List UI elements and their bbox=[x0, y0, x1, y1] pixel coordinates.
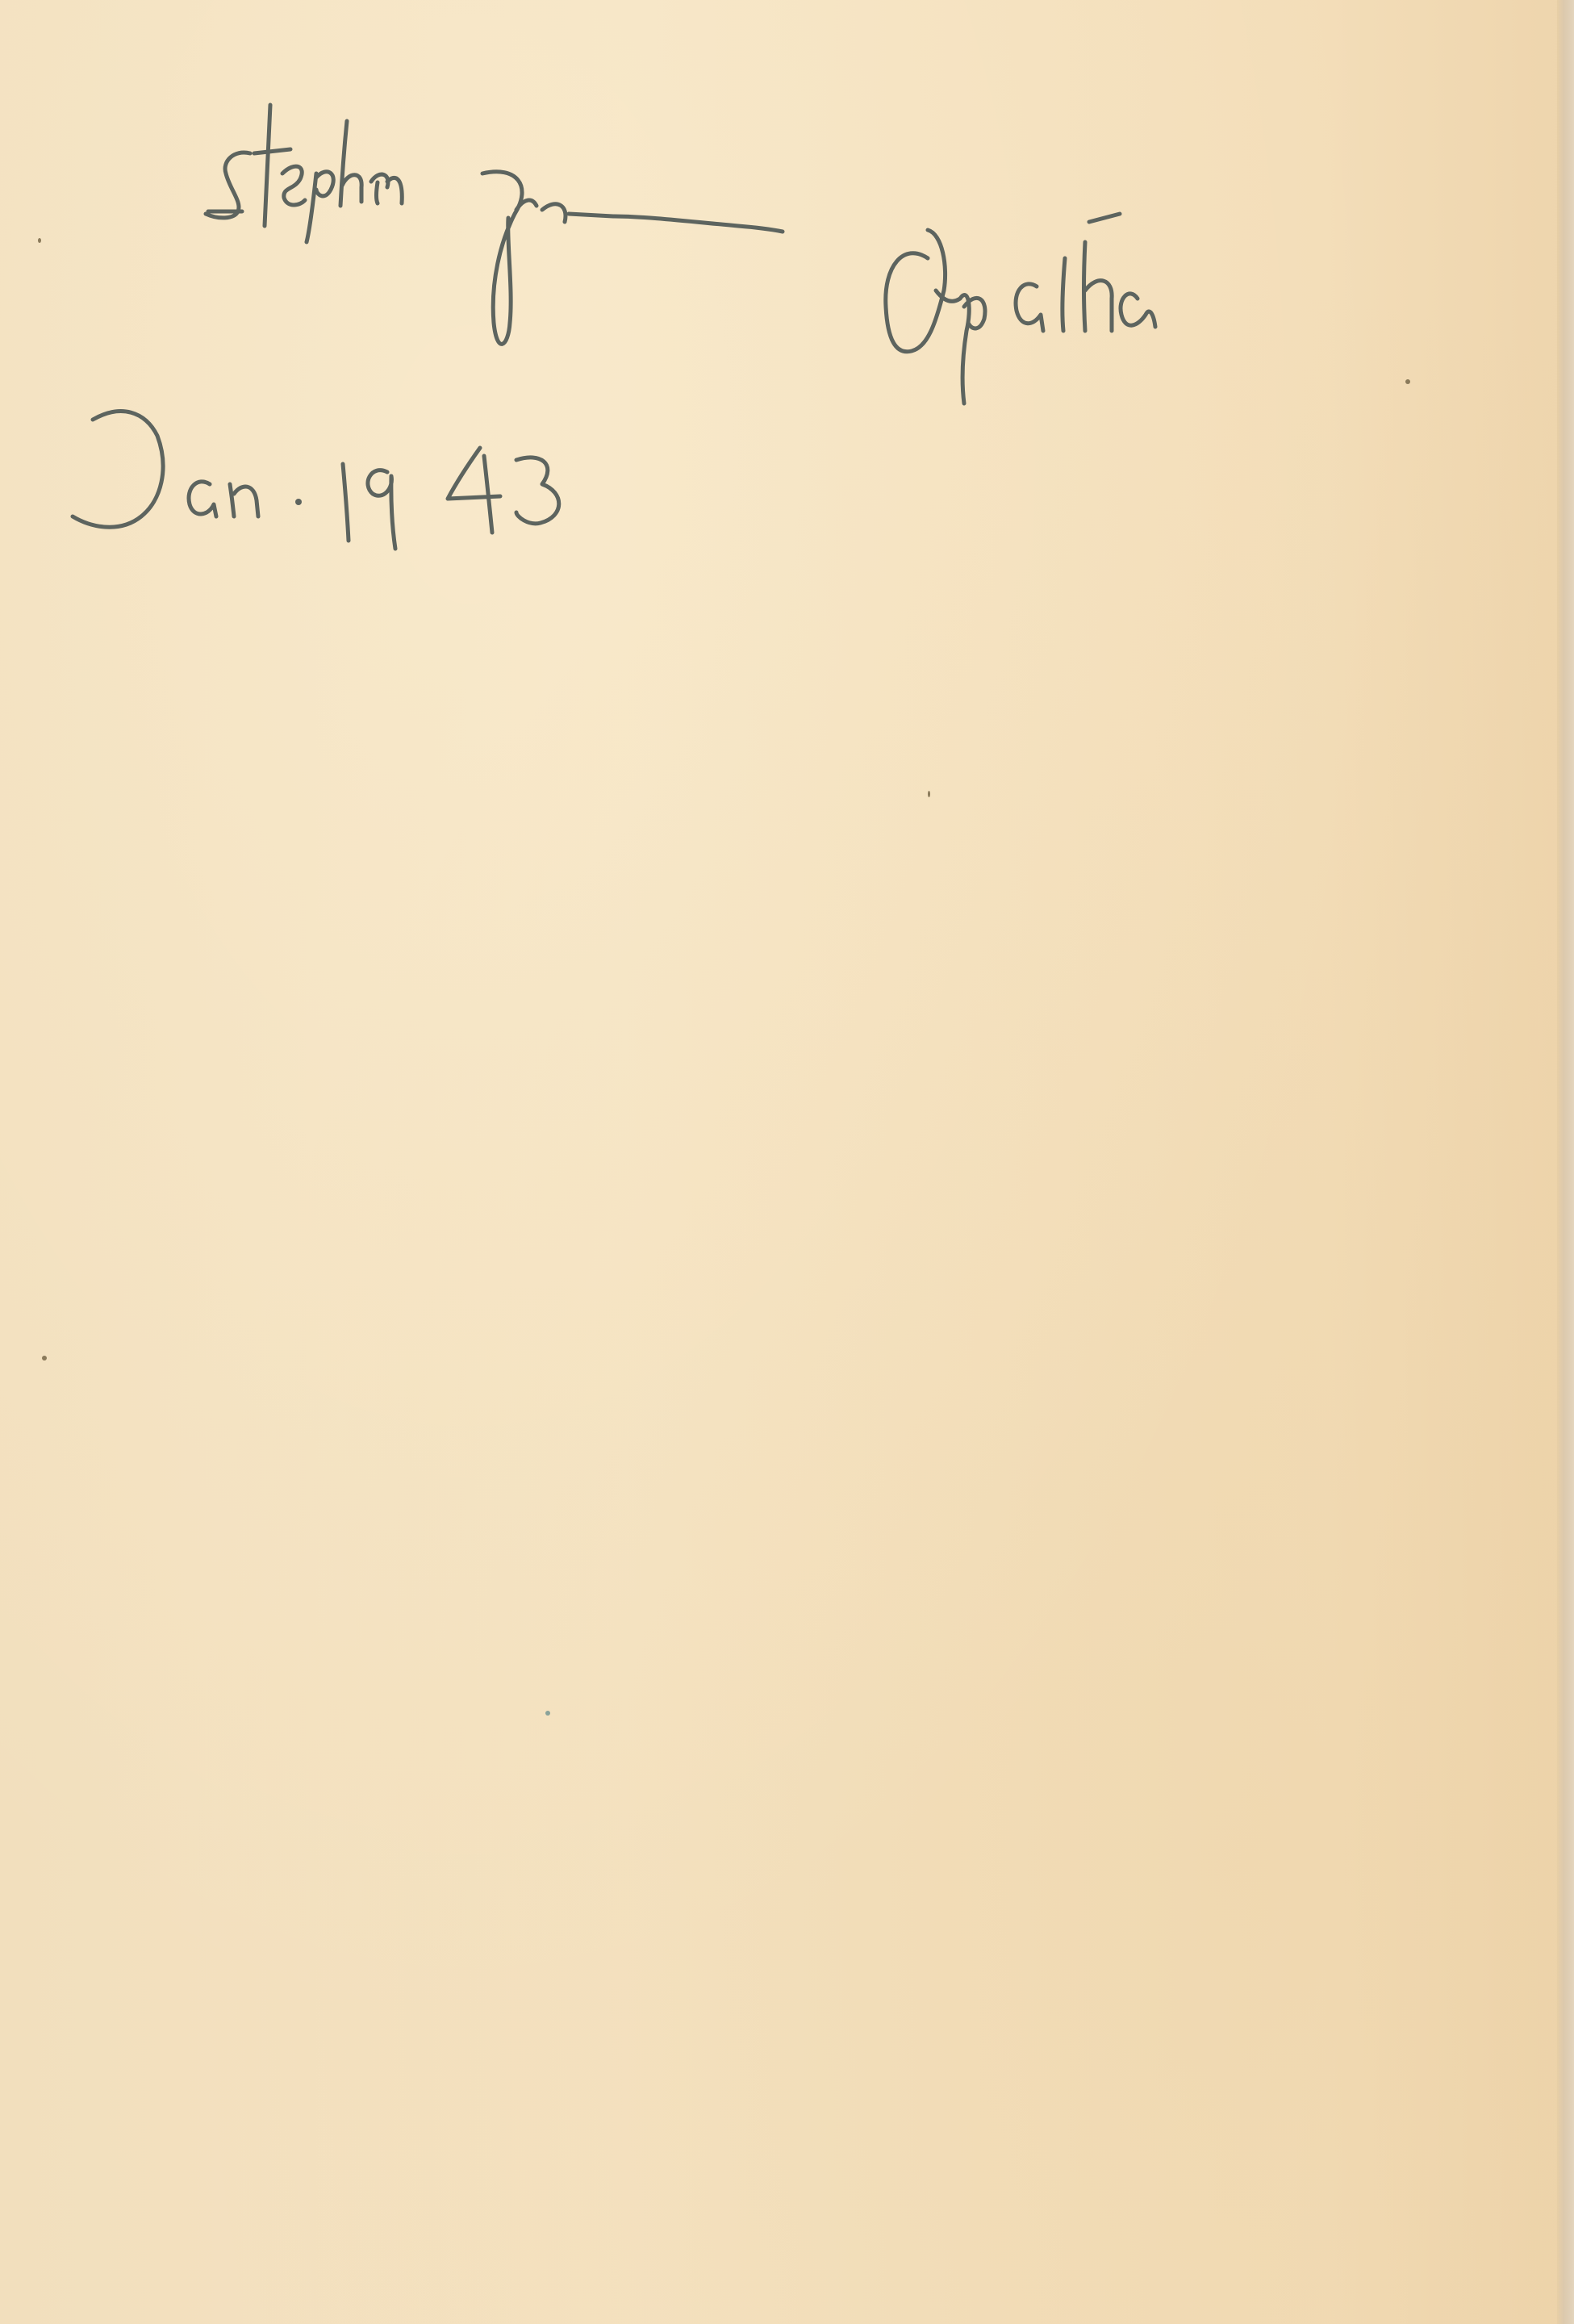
paper-speck bbox=[928, 791, 930, 797]
handwritten-inscription bbox=[0, 0, 1574, 726]
paper-speck bbox=[545, 1711, 550, 1716]
paper-speck bbox=[42, 1356, 47, 1361]
